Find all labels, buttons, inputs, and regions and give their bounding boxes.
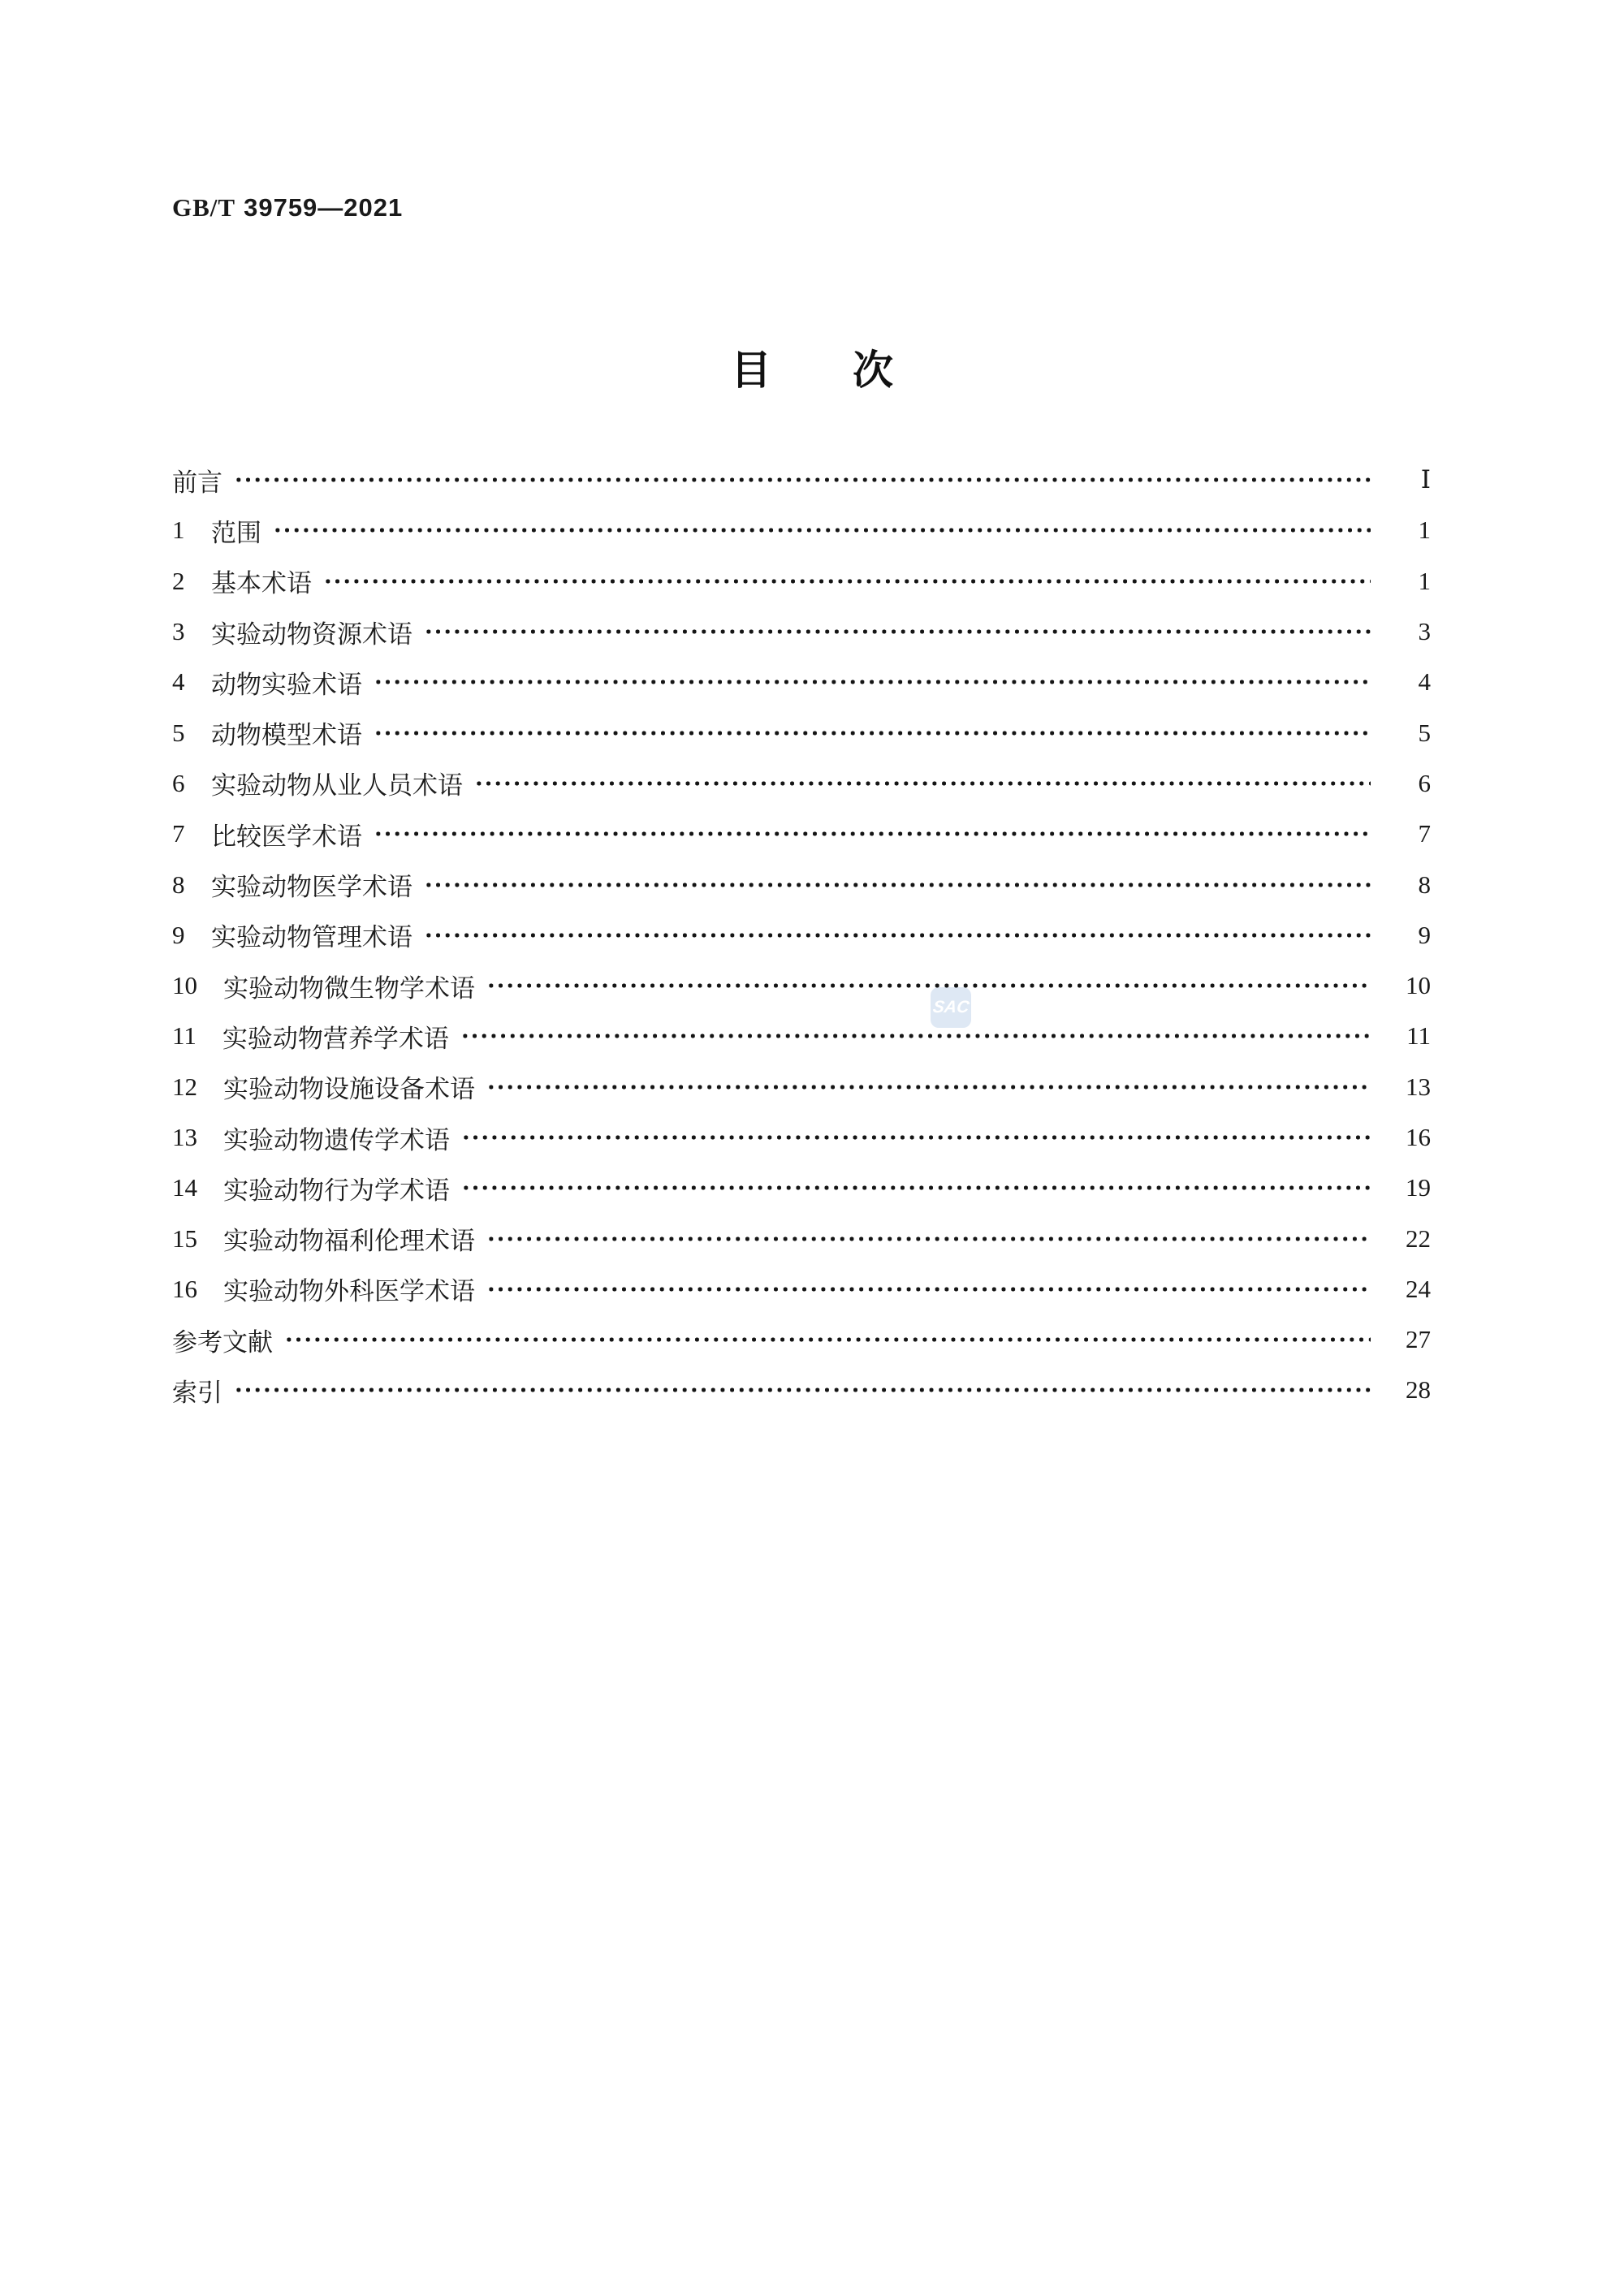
toc-entry: 3 实验动物资源术语 3 xyxy=(172,606,1431,657)
toc-entry-label: 动物模型术语 xyxy=(211,714,362,751)
toc-entry-label: 基本术语 xyxy=(211,563,312,599)
dot-leader xyxy=(374,708,1371,758)
toc-entry-label: 范围 xyxy=(211,512,261,549)
toc-entry-page: 11 xyxy=(1389,1021,1431,1051)
toc-entry: 7 比较医学术语 7 xyxy=(172,809,1431,859)
toc-entry-page: 7 xyxy=(1389,819,1431,848)
toc-entry: 4 动物实验术语 4 xyxy=(172,657,1431,707)
toc-entry-page: 13 xyxy=(1389,1072,1431,1102)
toc-entry-number: 14 xyxy=(172,1173,197,1202)
toc-entry-page: 1 xyxy=(1389,567,1431,596)
toc-entry-page: 27 xyxy=(1389,1325,1431,1354)
toc-page-title: 目 次 xyxy=(0,338,1624,396)
toc-entry-page: 28 xyxy=(1389,1375,1431,1405)
toc-entry-page: 24 xyxy=(1389,1275,1431,1304)
toc-entry-number: 11 xyxy=(172,1021,197,1051)
toc-entry-page: 22 xyxy=(1389,1224,1431,1254)
dot-leader xyxy=(461,1112,1371,1163)
dot-leader xyxy=(486,1264,1371,1314)
dot-leader xyxy=(424,910,1371,960)
toc-entry: 8 实验动物医学术语 8 xyxy=(172,859,1431,909)
toc-entry-label: 实验动物资源术语 xyxy=(211,614,412,650)
standard-code-header: GB/T39759—2021 xyxy=(172,193,403,222)
toc-entry-number: 9 xyxy=(172,921,185,950)
dot-leader xyxy=(234,455,1371,505)
toc-entry-label: 前言 xyxy=(172,462,222,498)
toc-entry-number: 8 xyxy=(172,870,185,900)
toc-entry-number: 4 xyxy=(172,667,185,697)
toc-entry-label: 实验动物从业人员术语 xyxy=(211,765,463,801)
toc-entry: 13 实验动物遗传学术语 16 xyxy=(172,1112,1431,1163)
toc-entry-label: 实验动物营养学术语 xyxy=(222,1018,449,1055)
toc-entry-number: 16 xyxy=(172,1275,197,1304)
toc-entry: 5 动物模型术语 5 xyxy=(172,707,1431,757)
toc-entry-page: 3 xyxy=(1389,617,1431,646)
toc-list: 前言 Ⅰ 1 范围 1 2 基本术语 1 3 实验动物资源术语 3 4 动物实验… xyxy=(172,455,1431,1416)
toc-entry-page: 10 xyxy=(1389,971,1431,1000)
toc-entry: 16 实验动物外科医学术语 24 xyxy=(172,1264,1431,1314)
toc-entry: 1 范围 1 xyxy=(172,505,1431,555)
toc-entry-page: 8 xyxy=(1389,870,1431,900)
toc-entry-number: 6 xyxy=(172,769,185,798)
toc-entry-page: 6 xyxy=(1389,769,1431,798)
standard-code-number: 39759—2021 xyxy=(244,193,403,222)
toc-entry-label: 索引 xyxy=(172,1372,222,1409)
dot-leader xyxy=(474,758,1371,809)
toc-entry-page: Ⅰ xyxy=(1389,465,1431,494)
document-page: GB/T39759—2021 目 次 SAC 前言 Ⅰ 1 范围 1 2 基本术… xyxy=(0,0,1624,2296)
dot-leader xyxy=(424,606,1371,657)
toc-entry: 12 实验动物设施设备术语 13 xyxy=(172,1062,1431,1112)
toc-entry-label: 实验动物医学术语 xyxy=(211,866,412,903)
toc-entry: 参考文献 27 xyxy=(172,1314,1431,1365)
dot-leader xyxy=(460,1011,1371,1061)
toc-entry-page: 4 xyxy=(1389,667,1431,697)
toc-entry-number: 2 xyxy=(172,567,185,596)
toc-entry-number: 13 xyxy=(172,1123,197,1152)
dot-leader xyxy=(234,1365,1371,1415)
toc-entry: 前言 Ⅰ xyxy=(172,455,1431,505)
dot-leader xyxy=(374,657,1371,707)
toc-entry: 10 实验动物微生物学术语 10 xyxy=(172,960,1431,1011)
dot-leader xyxy=(374,809,1371,859)
toc-entry-page: 1 xyxy=(1389,516,1431,545)
toc-entry-page: 5 xyxy=(1389,719,1431,748)
toc-entry-number: 10 xyxy=(172,971,197,1000)
toc-entry-label: 参考文献 xyxy=(172,1322,273,1358)
dot-leader xyxy=(486,960,1371,1011)
toc-entry-number: 5 xyxy=(172,719,185,748)
toc-entry-number: 12 xyxy=(172,1072,197,1102)
dot-leader xyxy=(273,505,1371,555)
toc-entry-number: 3 xyxy=(172,617,185,646)
dot-leader xyxy=(323,556,1371,606)
standard-code-prefix: GB/T xyxy=(172,193,235,222)
toc-entry: 6 实验动物从业人员术语 6 xyxy=(172,758,1431,809)
toc-entry-number: 7 xyxy=(172,819,185,848)
toc-entry: 2 基本术语 1 xyxy=(172,556,1431,606)
toc-entry: 索引 28 xyxy=(172,1365,1431,1415)
toc-entry-page: 9 xyxy=(1389,921,1431,950)
dot-leader xyxy=(424,860,1371,910)
dot-leader xyxy=(461,1163,1371,1213)
toc-entry-number: 15 xyxy=(172,1224,197,1254)
dot-leader xyxy=(284,1314,1371,1365)
dot-leader xyxy=(486,1214,1371,1264)
toc-entry-page: 19 xyxy=(1389,1173,1431,1202)
toc-entry-label: 实验动物外科医学术语 xyxy=(223,1271,475,1307)
toc-entry-label: 实验动物设施设备术语 xyxy=(223,1068,475,1105)
toc-entry-page: 16 xyxy=(1389,1123,1431,1152)
toc-entry-number: 1 xyxy=(172,516,185,545)
dot-leader xyxy=(486,1062,1371,1112)
toc-entry-label: 比较医学术语 xyxy=(211,816,362,852)
toc-entry: 11 实验动物营养学术语 11 xyxy=(172,1011,1431,1061)
toc-entry-label: 实验动物微生物学术语 xyxy=(223,968,475,1004)
toc-entry: 9 实验动物管理术语 9 xyxy=(172,910,1431,960)
toc-entry-label: 动物实验术语 xyxy=(211,664,362,701)
toc-entry-label: 实验动物行为学术语 xyxy=(223,1170,450,1206)
toc-entry-label: 实验动物遗传学术语 xyxy=(223,1120,450,1156)
toc-entry-label: 实验动物福利伦理术语 xyxy=(223,1220,475,1257)
toc-entry: 15 实验动物福利伦理术语 22 xyxy=(172,1213,1431,1263)
toc-entry-label: 实验动物管理术语 xyxy=(211,917,412,953)
toc-entry: 14 实验动物行为学术语 19 xyxy=(172,1163,1431,1213)
